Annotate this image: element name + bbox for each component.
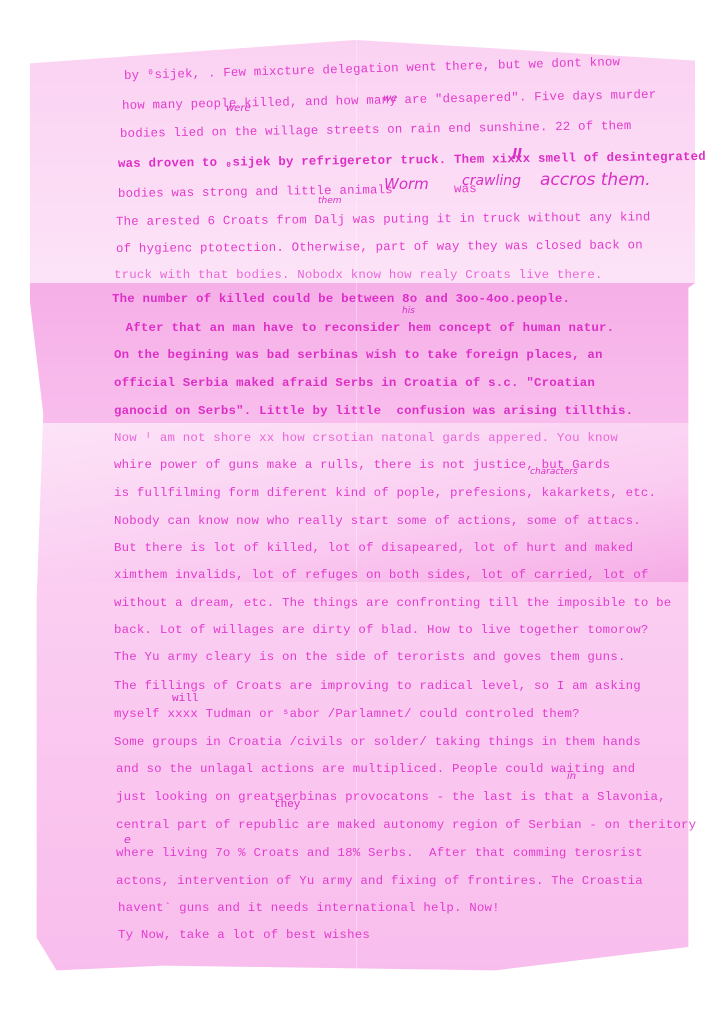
text-line: Ty Now, take a lot of best wishes [118, 927, 370, 943]
handwritten-annotation: were [226, 103, 251, 114]
text-line: official Serbia maked afraid Serbs in Cr… [114, 375, 595, 391]
text-line: truck with that bodies. Nobodx know how … [114, 267, 603, 283]
text-line: ximthem invalids, lot of refuges on both… [114, 567, 649, 583]
handwritten-annotation: characters [530, 467, 578, 477]
handwritten-annotation: in [567, 771, 576, 782]
text-line: havent` guns and it needs international … [118, 900, 500, 916]
text-line: On the begining was bad serbinas wish to… [114, 347, 603, 363]
text-line: myself xxxx Tudman or ˢabor /Parlamnet/ … [114, 706, 580, 722]
handwritten-annotation: they [274, 799, 300, 811]
text-line: and so the unlagal actions are multiplic… [116, 761, 635, 777]
paper-fold-section [30, 582, 695, 975]
text-line: without a dream, etc. The things are con… [114, 595, 671, 611]
text-line: Some groups in Croatia /civils or solder… [114, 734, 641, 750]
text-line: is fullfilming form diferent kind of pop… [114, 485, 656, 501]
paper-fold-crease [356, 40, 357, 975]
text-line: where living 7o % Croats and 18% Serbs. … [116, 845, 643, 861]
text-line: The Yu army cleary is on the side of ter… [114, 649, 626, 665]
text-line: The fillings of Croats are improving to … [114, 678, 641, 694]
text-line: back. Lot of willages are dirty of blad.… [114, 622, 649, 638]
handwritten-annotation: ll [512, 147, 522, 163]
handwritten-annotation: will [172, 693, 198, 705]
handwritten-annotation: we [383, 93, 397, 104]
text-line: After that an man have to reconsider hem… [118, 320, 614, 336]
handwritten-annotation: e [124, 833, 131, 846]
text-line: Nobody can know now who really start som… [114, 513, 641, 529]
text-line: central part of republic are maked auton… [116, 817, 696, 833]
handwritten-annotation: Worm [384, 175, 429, 193]
handwritten-annotation: accros them. [540, 170, 651, 190]
text-line: But there is lot of killed, lot of disap… [114, 540, 633, 556]
handwritten-annotation: crawling [462, 173, 521, 189]
text-line: ganocid on Serbs". Little by little conf… [114, 403, 633, 419]
text-line: just looking on greatserbinas provocaton… [116, 789, 666, 805]
handwritten-annotation: his [402, 306, 415, 316]
text-line: The number of killed could be between 8o… [112, 291, 570, 307]
paper-fold-section [30, 423, 695, 582]
handwritten-annotation: them [318, 196, 342, 206]
text-line: Now ᴵ am not shore xx how crsotian naton… [114, 430, 618, 446]
text-line: actons, intervention of Yu army and fixi… [116, 873, 643, 889]
